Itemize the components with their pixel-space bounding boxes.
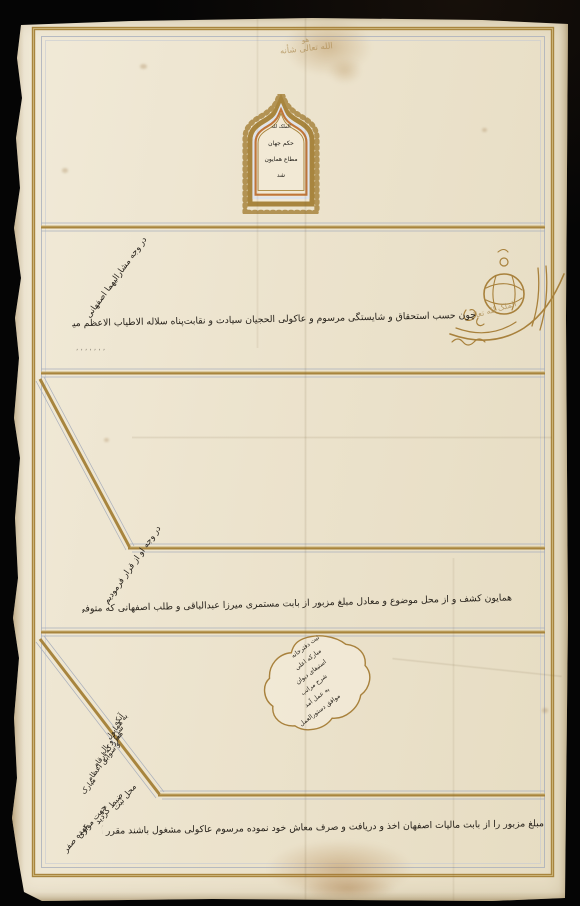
divider-2 [41, 369, 545, 377]
headpiece-text-row: حکم جهان [233, 140, 329, 147]
paper-edge-shading [559, 18, 568, 901]
paper-edge-shading [12, 18, 24, 901]
paper-crease [452, 558, 455, 901]
headpiece-arch [233, 94, 329, 214]
foxing-spot [62, 168, 68, 173]
headpiece-text-row: مطاع همایون [233, 156, 329, 163]
diagonal-rule-2 [36, 636, 164, 798]
foxing-spot [140, 64, 147, 69]
photograph-background: هو الله تعالی شأنه الملک لله حکم جهان مط… [0, 0, 580, 906]
stain-top-small [328, 58, 362, 84]
divider-4 [41, 628, 545, 636]
blank-panel [142, 388, 532, 538]
foxing-spot [104, 438, 109, 442]
tughra-emblem: الملک لله تعالی [448, 248, 570, 362]
headpiece-text-row: شد [233, 172, 329, 179]
headpiece-text-row: الملک لله [233, 124, 329, 130]
divider-5 [158, 791, 545, 799]
divider-1 [41, 223, 545, 231]
calligraphy-line-1-marks: ٬ ٬ ٬ ٬ ٬ ٬ ٬ [76, 348, 105, 356]
paper-crease [132, 436, 552, 439]
foxing-spot [542, 708, 548, 713]
paper-edge-shading [12, 892, 568, 901]
paper-crease [256, 18, 259, 348]
foxing-spot [482, 128, 487, 132]
divider-3 [128, 544, 545, 552]
diagonal-rule-1 [36, 377, 134, 550]
document-paper: هو الله تعالی شأنه الملک لله حکم جهان مط… [12, 18, 568, 901]
illuminated-headpiece: الملک لله حکم جهان مطاع همایون شد [233, 94, 329, 214]
paper-crease [304, 18, 307, 901]
